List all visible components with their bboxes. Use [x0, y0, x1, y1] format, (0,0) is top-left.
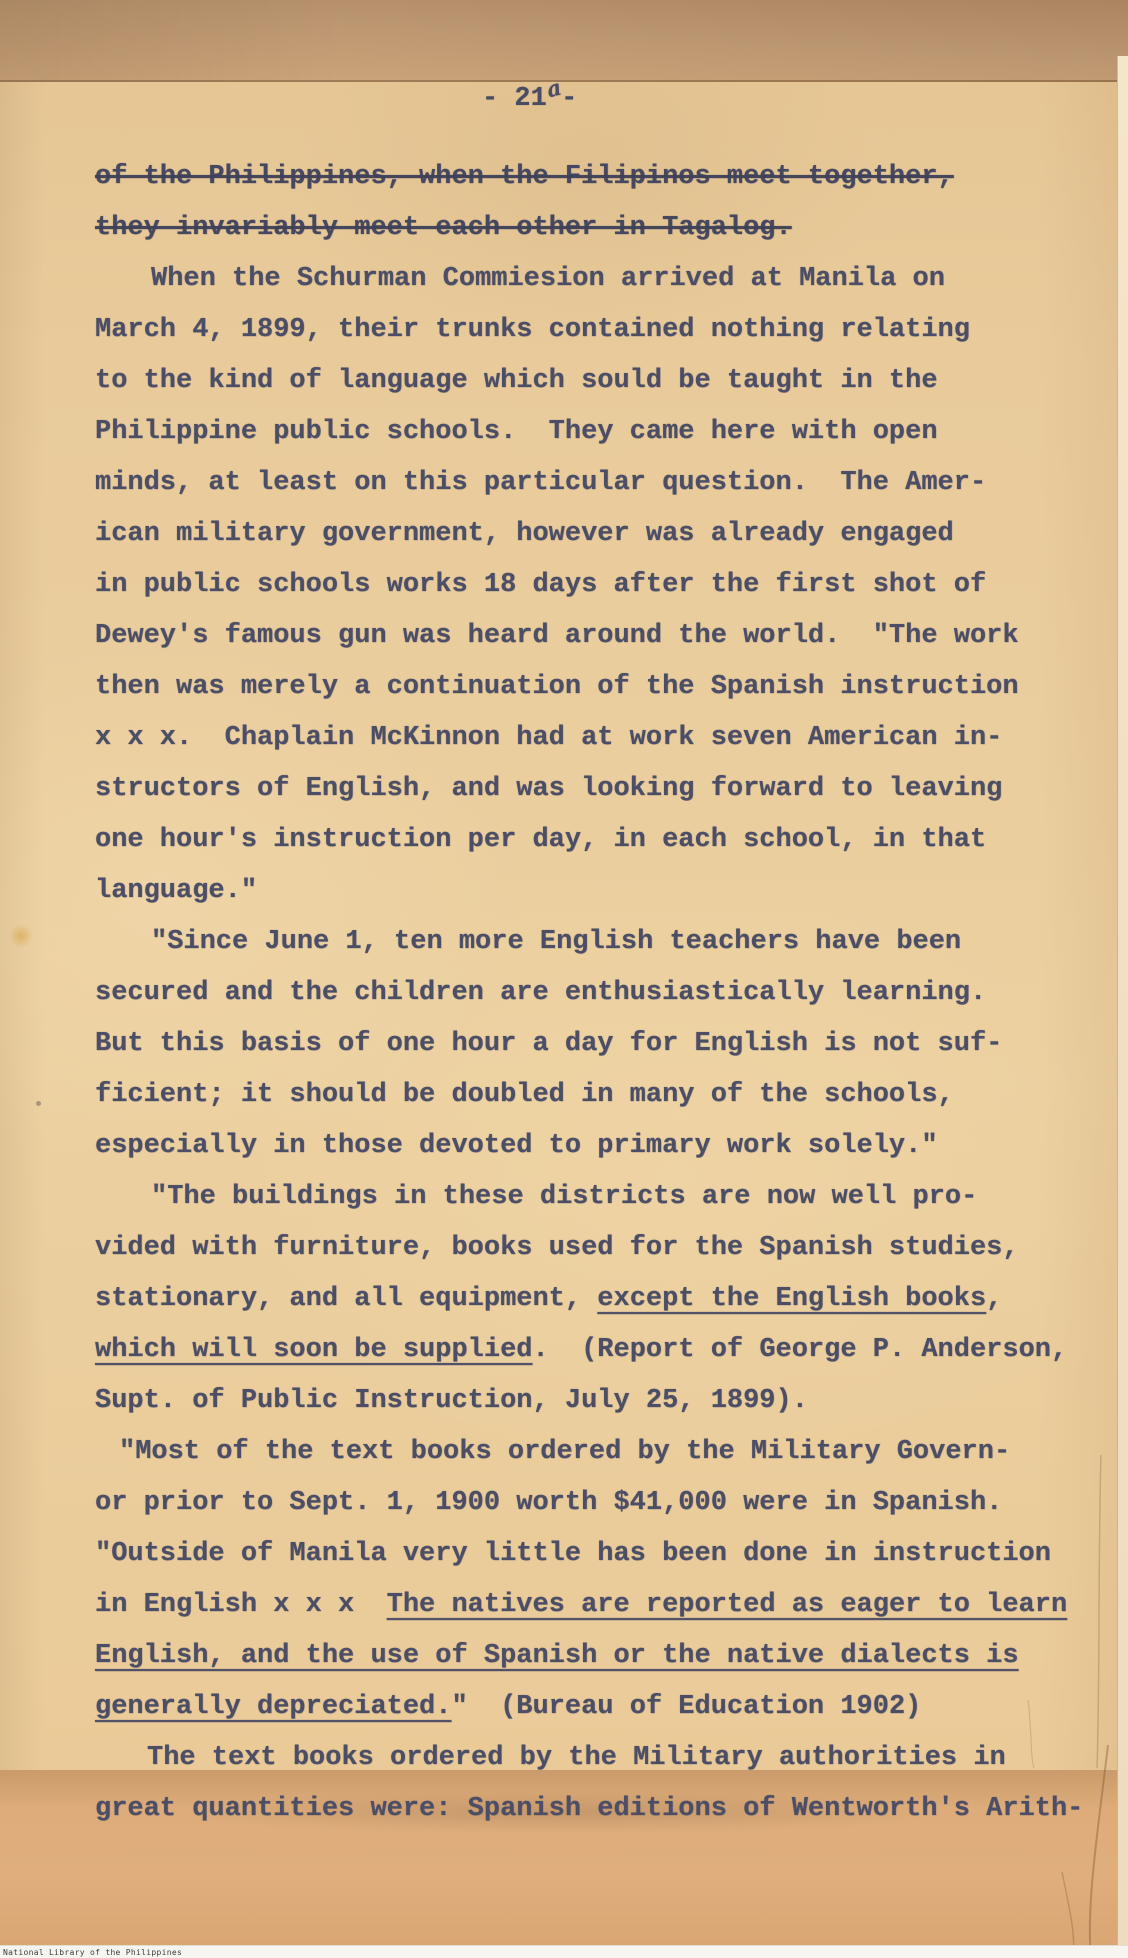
text-segment: Dewey's famous gun was heard around the …	[95, 621, 1019, 651]
text-line: great quantities were: Spanish editions …	[95, 1784, 1105, 1835]
text-line: Dewey's famous gun was heard around the …	[95, 611, 1105, 662]
text-segment: "Outside of Manila very little has been …	[95, 1539, 1051, 1569]
text-line: Supt. of Public Instruction, July 25, 18…	[95, 1376, 1105, 1427]
text-segment: x x x. Chaplain McKinnon had at work sev…	[95, 723, 1002, 753]
text-line: "Since June 1, ten more English teachers…	[95, 917, 1105, 968]
text-segment: Supt. of Public Instruction, July 25, 18…	[95, 1386, 808, 1416]
text-segment: then was merely a continuation of the Sp…	[95, 672, 1019, 702]
underlined-text-segment: which will soon be supplied	[95, 1335, 532, 1365]
text-segment: structors of English, and was looking fo…	[95, 774, 1002, 804]
text-segment: vided with furniture, books used for the…	[95, 1233, 1019, 1263]
scanned-document-page: { "colors": { "paper": "#e9cb9b", "top_e…	[0, 0, 1128, 1958]
underlined-text-segment: generally depreciated.	[95, 1692, 451, 1722]
text-segment: great quantities were: Spanish editions …	[95, 1794, 1083, 1824]
page-number: - 21a-	[482, 84, 577, 114]
text-line: ficient; it should be doubled in many of…	[95, 1070, 1105, 1121]
text-line: in English x x x The natives are reporte…	[95, 1580, 1105, 1631]
text-segment: "Since June 1, ten more English teachers…	[151, 927, 961, 957]
text-line: "Most of the text books ordered by the M…	[95, 1427, 1105, 1478]
text-line: one hour's instruction per day, in each …	[95, 815, 1105, 866]
text-line: x x x. Chaplain McKinnon had at work sev…	[95, 713, 1105, 764]
struck-text-segment: of the Philippines, when the Filipinos m…	[95, 162, 954, 192]
text-line: When the Schurman Commiesion arrived at …	[95, 254, 1105, 305]
underlined-text-segment: The natives are reported as eager to lea…	[387, 1590, 1068, 1620]
text-segment: secured and the children are enthusiasti…	[95, 978, 986, 1008]
text-line: ican military government, however was al…	[95, 509, 1105, 560]
text-segment: stationary, and all equipment,	[95, 1284, 597, 1314]
typed-text-block: of the Philippines, when the Filipinos m…	[95, 152, 1105, 1835]
text-line: or prior to Sept. 1, 1900 worth $41,000 …	[95, 1478, 1105, 1529]
text-segment: language."	[95, 876, 257, 906]
top-edge-band	[0, 0, 1128, 82]
text-segment: But this basis of one hour a day for Eng…	[95, 1029, 1002, 1059]
text-line: stationary, and all equipment, except th…	[95, 1274, 1105, 1325]
text-segment: one hour's instruction per day, in each …	[95, 825, 986, 855]
text-line: to the kind of language which sould be t…	[95, 356, 1105, 407]
text-segment: ican military government, however was al…	[95, 519, 954, 549]
text-line: language."	[95, 866, 1105, 917]
text-line: they invariably meet each other in Tagal…	[95, 203, 1105, 254]
text-line: But this basis of one hour a day for Eng…	[95, 1019, 1105, 1070]
yellow-stain-spot	[8, 925, 34, 947]
underlined-text-segment: English, and the use of Spanish or the n…	[95, 1641, 1019, 1671]
text-segment: Philippine public schools. They came her…	[95, 417, 938, 447]
text-line: March 4, 1899, their trunks contained no…	[95, 305, 1105, 356]
text-segment: "The buildings in these districts are no…	[151, 1182, 977, 1212]
text-line: secured and the children are enthusiasti…	[95, 968, 1105, 1019]
text-line: especially in those devoted to primary w…	[95, 1121, 1105, 1172]
text-segment: " (Bureau of Education 1902)	[451, 1692, 921, 1722]
text-line: The text books ordered by the Military a…	[95, 1733, 1105, 1784]
text-segment: minds, at least on this particular quest…	[95, 468, 986, 498]
text-line: English, and the use of Spanish or the n…	[95, 1631, 1105, 1682]
ink-speck	[36, 1101, 41, 1106]
text-line: "Outside of Manila very little has been …	[95, 1529, 1105, 1580]
library-watermark-label: National Library of the Philippines	[3, 1948, 182, 1957]
text-line: in public schools works 18 days after th…	[95, 560, 1105, 611]
struck-text-segment: they invariably meet each other in Tagal…	[95, 213, 792, 243]
text-segment: to the kind of language which sould be t…	[95, 366, 938, 396]
text-line: generally depreciated." (Bureau of Educa…	[95, 1682, 1105, 1733]
text-segment: The text books ordered by the Military a…	[147, 1743, 1006, 1773]
text-line: "The buildings in these districts are no…	[95, 1172, 1105, 1223]
text-segment: "Most of the text books ordered by the M…	[119, 1437, 1010, 1467]
text-line: which will soon be supplied. (Report of …	[95, 1325, 1105, 1376]
text-line: vided with furniture, books used for the…	[95, 1223, 1105, 1274]
text-segment: in public schools works 18 days after th…	[95, 570, 986, 600]
underlined-text-segment: except the English books	[597, 1284, 986, 1314]
text-segment: especially in those devoted to primary w…	[95, 1131, 938, 1161]
text-line: minds, at least on this particular quest…	[95, 458, 1105, 509]
scan-area: - 21a- of the Philippines, when the Fili…	[0, 0, 1128, 1958]
text-segment: . (Report of George P. Anderson,	[532, 1335, 1067, 1365]
text-line: then was merely a continuation of the Sp…	[95, 662, 1105, 713]
text-segment: ficient; it should be doubled in many of…	[95, 1080, 954, 1110]
text-segment: in English x x x	[95, 1590, 387, 1620]
text-line: structors of English, and was looking fo…	[95, 764, 1105, 815]
text-segment: or prior to Sept. 1, 1900 worth $41,000 …	[95, 1488, 1002, 1518]
text-segment: When the Schurman Commiesion arrived at …	[151, 264, 945, 294]
page-right-edge	[1117, 56, 1128, 1945]
text-segment: ,	[986, 1284, 1002, 1314]
text-line: of the Philippines, when the Filipinos m…	[95, 152, 1105, 203]
text-line: Philippine public schools. They came her…	[95, 407, 1105, 458]
page-number-text: - 21	[482, 84, 547, 114]
text-segment: March 4, 1899, their trunks contained no…	[95, 315, 970, 345]
